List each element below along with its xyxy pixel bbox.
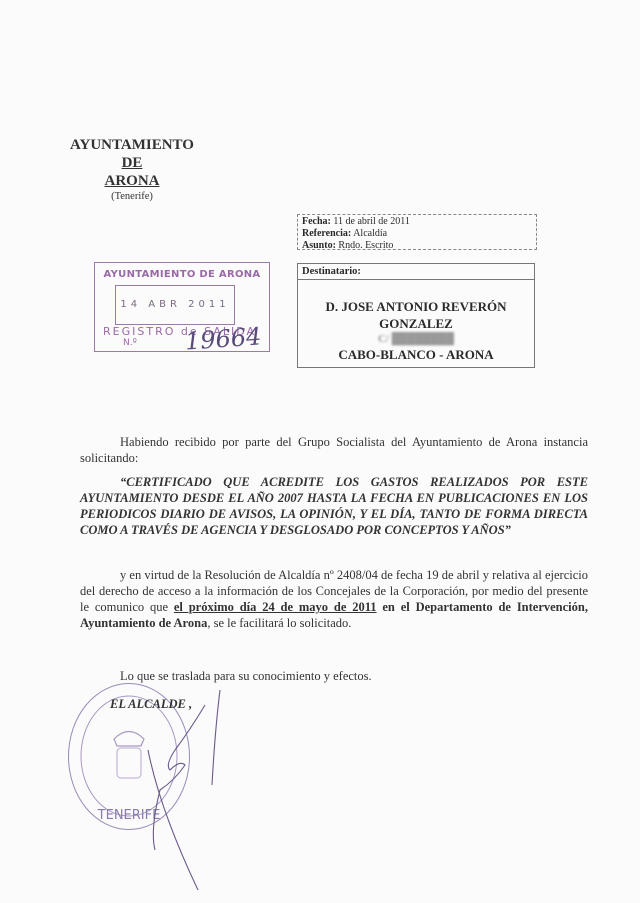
resolution-paragraph: y en virtud de la Resolución de Alcaldía… bbox=[80, 567, 588, 631]
asunto-label: Asunto: bbox=[302, 240, 336, 251]
letterhead-line2: DE bbox=[62, 154, 202, 172]
recipient-address-redacted: C/ ████████ bbox=[298, 332, 534, 346]
recipient-city: CABO-BLANCO - ARONA bbox=[298, 346, 534, 363]
letterhead-sub: (Tenerife) bbox=[62, 190, 202, 203]
recipient-name-1: D. JOSE ANTONIO REVERÓN bbox=[298, 298, 534, 315]
request-quote: “CERTIFICADO QUE ACREDITE LOS GASTOS REA… bbox=[80, 474, 588, 538]
recipient-name-2: GONZALEZ bbox=[298, 315, 534, 332]
letterhead-line3: ARONA bbox=[62, 172, 202, 190]
asunto-value: Rndo. Escrito bbox=[338, 240, 393, 251]
reference-box: Fecha: 11 de abril de 2011 Referencia: A… bbox=[297, 214, 537, 250]
signature-icon bbox=[120, 690, 240, 890]
recipient-label: Destinatario: bbox=[298, 264, 534, 280]
stamp-n-label: N.º bbox=[123, 338, 137, 348]
stamp-title: AYUNTAMIENTO DE ARONA bbox=[95, 269, 269, 280]
appointment-date: el próximo día 24 de mayo de 2011 bbox=[174, 600, 377, 614]
stamp-date: 14 ABR 2011 bbox=[115, 285, 235, 325]
registry-stamp: AYUNTAMIENTO DE ARONA 14 ABR 2011 REGIST… bbox=[94, 262, 270, 352]
stamp-number: 19664 bbox=[184, 322, 262, 355]
closing-line: Lo que se traslada para su conocimiento … bbox=[80, 668, 588, 684]
letterhead-line1: AYUNTAMIENTO bbox=[62, 136, 202, 154]
p2-end: , se le facilitará lo solicitado. bbox=[207, 616, 351, 630]
referencia-value: Alcaldía bbox=[353, 228, 387, 239]
recipient-box: Destinatario: D. JOSE ANTONIO REVERÓN GO… bbox=[297, 263, 535, 368]
intro-paragraph: Habiendo recibido por parte del Grupo So… bbox=[80, 434, 588, 466]
letterhead: AYUNTAMIENTO DE ARONA (Tenerife) bbox=[62, 136, 202, 203]
referencia-label: Referencia: bbox=[302, 228, 351, 239]
fecha-value: 11 de abril de 2011 bbox=[333, 216, 409, 227]
fecha-label: Fecha: bbox=[302, 216, 331, 227]
